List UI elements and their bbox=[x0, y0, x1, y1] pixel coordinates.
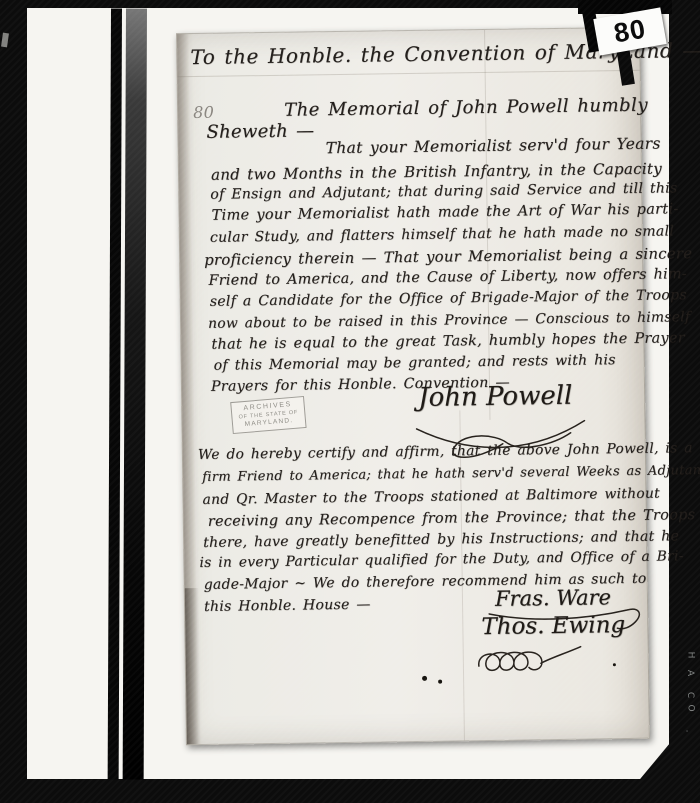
margin-page-number: 80 bbox=[193, 103, 214, 122]
memorial-line: proficiency therein — That your Memorial… bbox=[204, 245, 692, 269]
signature-john-powell: John Powell bbox=[418, 381, 573, 413]
page-edge-smudge bbox=[185, 588, 201, 744]
memorial-line: self a Candidate for the Office of Briga… bbox=[210, 287, 687, 310]
film-edge-mark: . bbox=[683, 730, 693, 733]
archives-stamp: ARCHIVES OF THE STATE OF MARYLAND. bbox=[230, 396, 306, 434]
film-edge-mark: O bbox=[686, 704, 696, 711]
signature-loop-flourish bbox=[469, 640, 600, 682]
memorial-line: of Ensign and Adjutant; that during said… bbox=[210, 180, 677, 203]
memorial-line: cular Study, and flatters himself that h… bbox=[210, 223, 674, 245]
certification-line: firm Friend to America; that he hath ser… bbox=[202, 463, 700, 485]
memorial-line: Friend to America, and the Cause of Libe… bbox=[208, 266, 687, 289]
signature-thos-ewing: Thos. Ewing bbox=[481, 612, 625, 640]
memorial-opening: The Memorial of John Powell humbly bbox=[284, 95, 648, 121]
memorial-line: that he is equal to the great Task, humb… bbox=[211, 330, 685, 353]
memorial-line: of this Memorial may be granted; and res… bbox=[214, 352, 616, 374]
page-crease bbox=[178, 70, 640, 77]
document-page: To the Honble. the Convention of MaryLan… bbox=[176, 27, 650, 745]
film-edge-mark: H bbox=[685, 652, 695, 659]
ink-speck bbox=[422, 676, 427, 681]
memorial-line: That your Memorialist serv'd four Years bbox=[326, 135, 661, 158]
film-stripe-dark bbox=[108, 8, 122, 779]
ink-speck bbox=[613, 663, 616, 666]
film-edge-mark: A bbox=[685, 670, 695, 676]
certification-line: is in every Particular qualified for the… bbox=[199, 548, 683, 571]
memorial-line: now about to be raised in this Province … bbox=[208, 309, 690, 332]
memorial-line: Time your Memorialist hath made the Art … bbox=[211, 201, 678, 224]
frame-number-label: 80 bbox=[612, 13, 649, 49]
certification-line: there, have greatly benefitted by his In… bbox=[203, 528, 679, 551]
microfilm-scan: To the Honble. the Convention of MaryLan… bbox=[0, 0, 700, 803]
certification-line: this Honble. House — bbox=[204, 597, 371, 615]
memorial-line: and two Months in the British Infantry, … bbox=[211, 160, 662, 184]
certification-line: and Qr. Master to the Troops stationed a… bbox=[202, 486, 660, 508]
ink-speck bbox=[438, 680, 442, 684]
film-stripe-gradient bbox=[123, 9, 147, 780]
film-stripes bbox=[0, 8, 170, 780]
film-edge-mark: C bbox=[685, 692, 695, 698]
certification-line: receiving any Recompence from the Provin… bbox=[208, 507, 696, 530]
memorial-sheweth: Sheweth — bbox=[206, 120, 314, 143]
